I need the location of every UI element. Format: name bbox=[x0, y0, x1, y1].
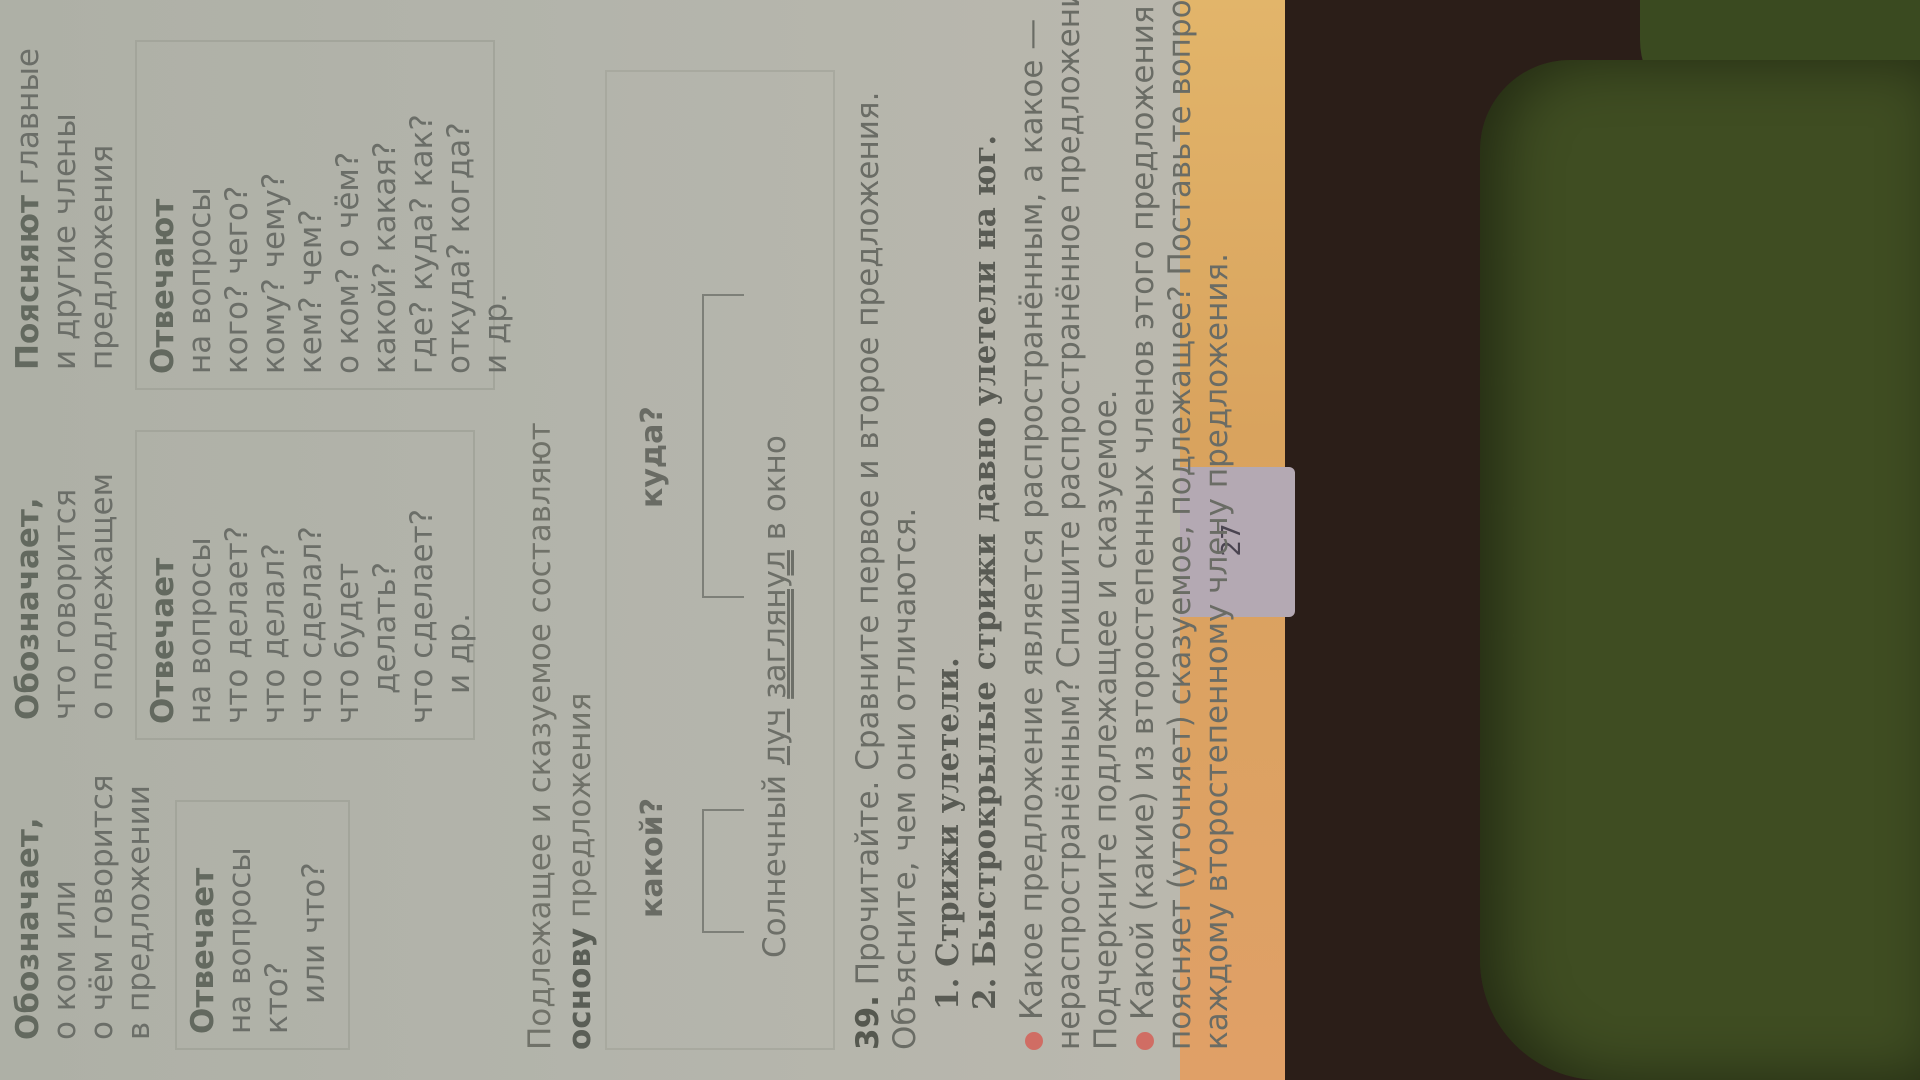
question-kuda: куда? bbox=[635, 406, 670, 508]
subject-word: луч bbox=[757, 709, 793, 765]
predicate-word: заглянул bbox=[757, 550, 793, 699]
green-fabric bbox=[1480, 60, 1920, 1080]
bullet-icon bbox=[1025, 1032, 1043, 1050]
arrow-icon bbox=[702, 809, 744, 933]
question-kakoy: какой? bbox=[635, 798, 670, 918]
arrow-icon bbox=[702, 294, 744, 598]
secondary-questions: Отвечают на вопросы кого? чего? кому? че… bbox=[135, 40, 495, 390]
subject-questions: Отвечает на вопросы кто? или что? bbox=[175, 800, 350, 1050]
exercise-39: 39. Прочитайте. Сравните первое и второе… bbox=[850, 10, 1236, 1050]
predicate-description: Обозначает, что говорится о подлежащем bbox=[10, 473, 121, 720]
bullet-icon bbox=[1136, 1032, 1154, 1050]
sentence-members-table: Обозначает, о ком или о чём говорится в … bbox=[0, 10, 500, 1070]
predicate-questions: Отвечает на вопросы что делает? что дела… bbox=[135, 430, 475, 740]
sentence-scheme-box: какой? куда? Солнечный луч заглянул в ок… bbox=[605, 70, 835, 1050]
grammar-base-note: Подлежащее и сказуемое составляют основу… bbox=[520, 422, 600, 1050]
secondary-description: Поясняют главные и другие члены предложе… bbox=[10, 48, 121, 370]
example-sentence: Солнечный луч заглянул в окно bbox=[757, 435, 793, 958]
page-content: Обозначает, о ком или о чём говорится в … bbox=[0, 0, 1180, 1080]
subject-description: Обозначает, о ком или о чём говорится в … bbox=[10, 774, 158, 1040]
